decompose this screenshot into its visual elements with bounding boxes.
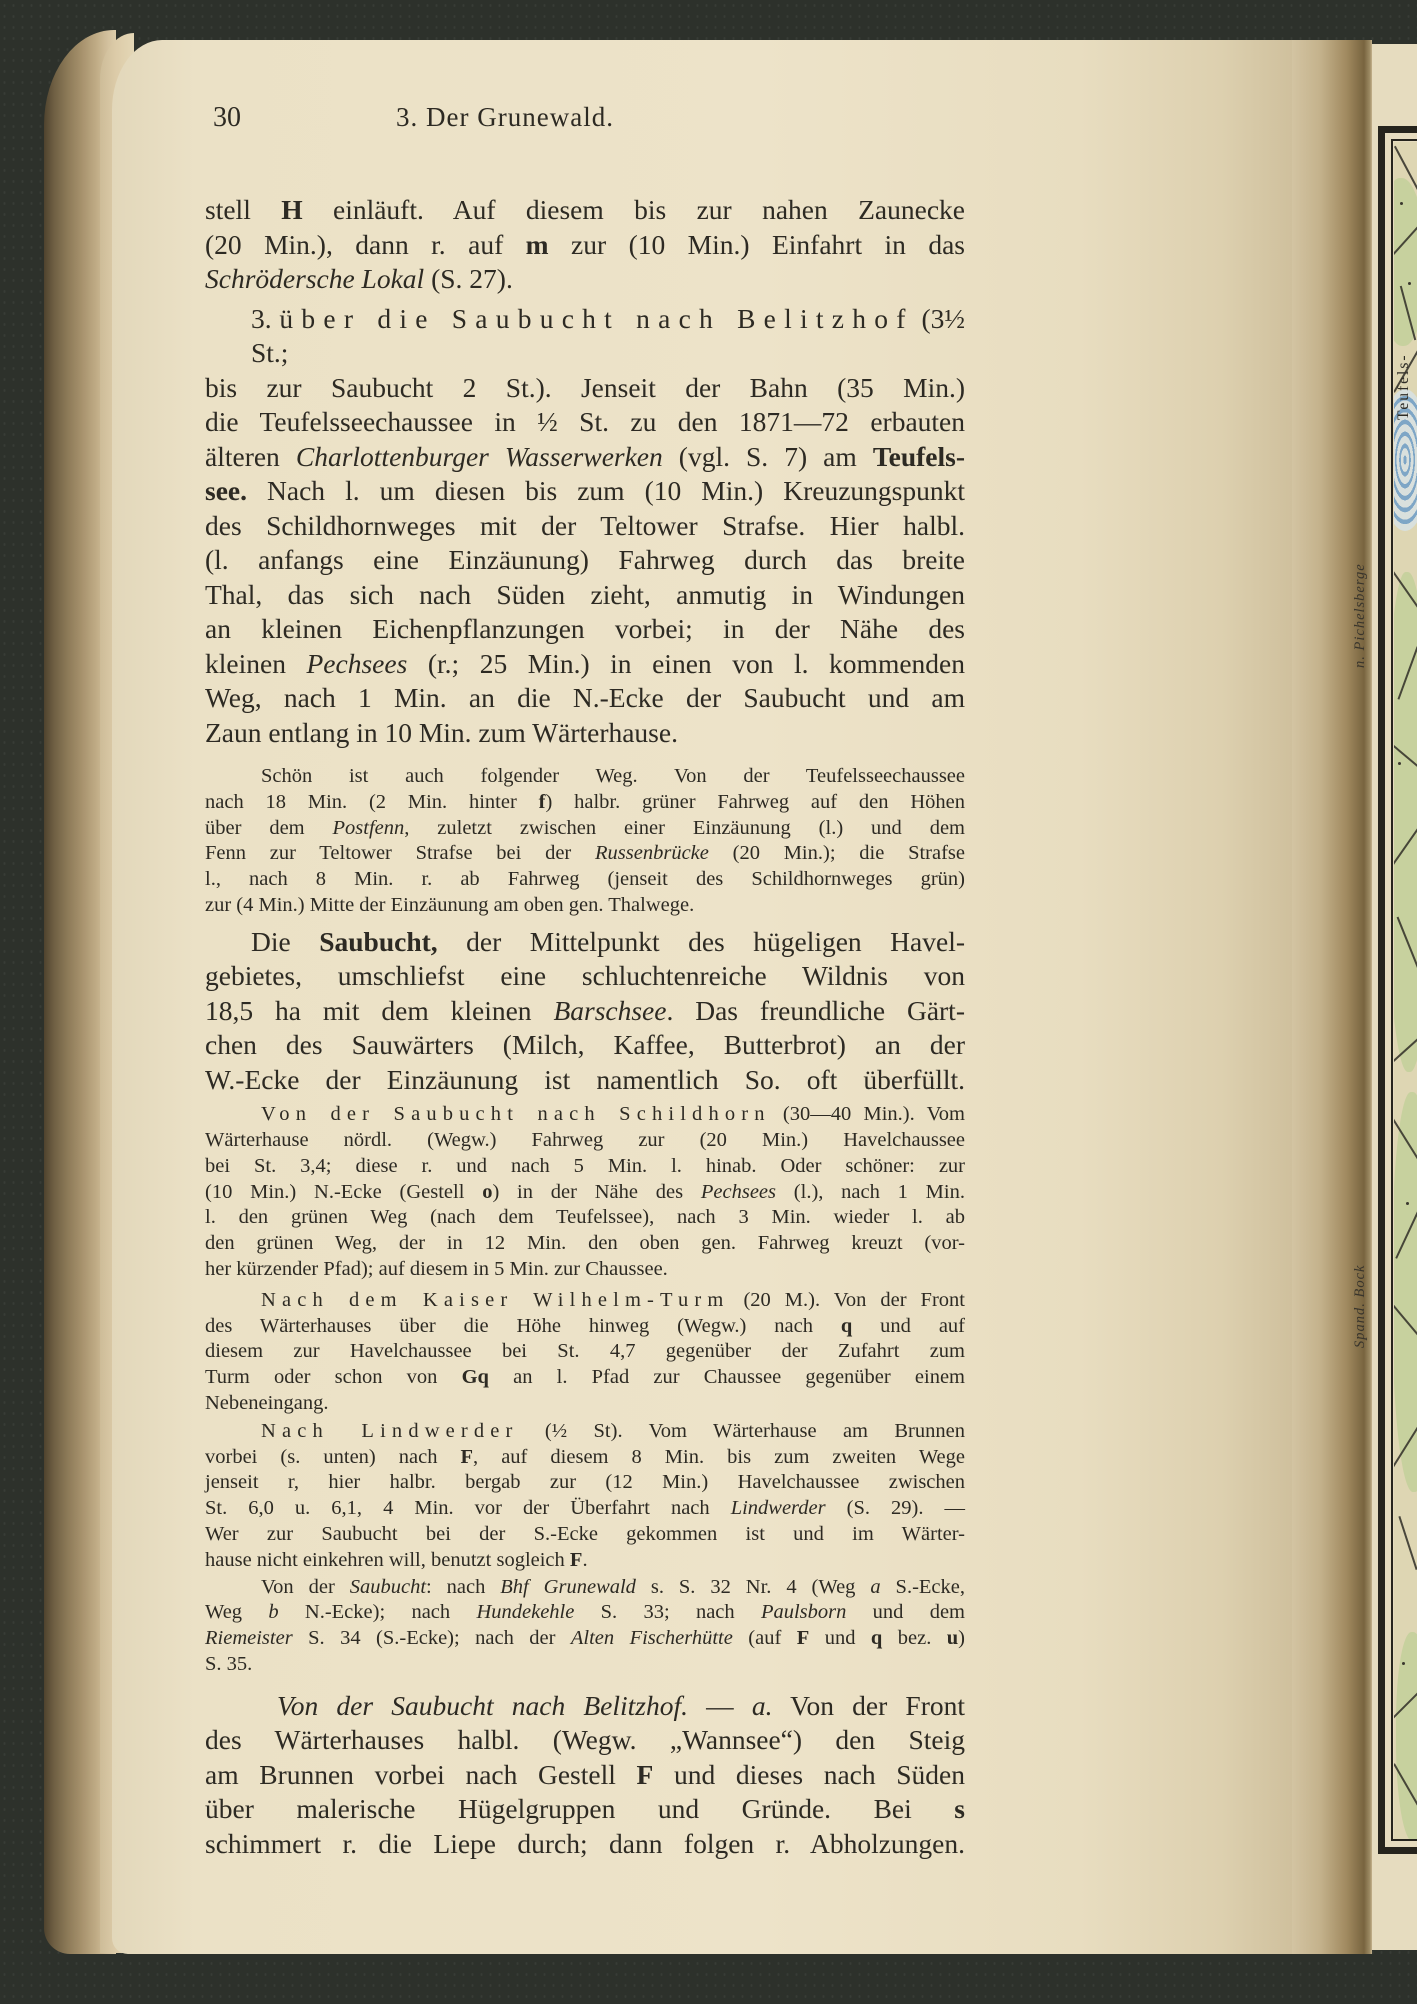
text-line: (10 Min.) N.-Ecke (Gestell o) in der Näh… xyxy=(205,1180,965,1206)
text-line: bei St. 3,4; diese r. und nach 5 Min. l.… xyxy=(205,1154,965,1180)
text-line: Schrödersche Lokal (S. 27). xyxy=(205,262,965,297)
text-line: älteren Charlottenburger Wasserwerken (v… xyxy=(205,440,965,475)
text-line: des Wärterhauses über die Höhe hinweg (W… xyxy=(205,1314,965,1340)
paragraph: stell H einläuft. Auf diesem bis zur nah… xyxy=(205,193,965,297)
text-line: Nach dem Kaiser Wilhelm-Turm (20 M.). Vo… xyxy=(205,1288,965,1314)
text-line: Wer zur Saubucht bei der S.-Ecke gekomme… xyxy=(205,1522,965,1548)
text-line: am Brunnen vorbei nach Gestell F und die… xyxy=(205,1758,965,1793)
text-line: vorbei (s. unten) nach F, auf diesem 8 M… xyxy=(205,1445,965,1471)
paragraph: 3. über die Saubucht nach Belitzhof (3½ … xyxy=(205,302,965,751)
text-line: Weg b N.-Ecke); nach Hundekehle S. 33; n… xyxy=(205,1600,965,1626)
map-dot xyxy=(1406,1202,1409,1205)
text-line: Fenn zur Teltower Strafse bei der Russen… xyxy=(205,841,965,867)
paragraph: Nach dem Kaiser Wilhelm-Turm (20 M.). Vo… xyxy=(205,1288,965,1417)
paragraph: Von der Saubucht nach Belitzhof. — a. Vo… xyxy=(205,1689,965,1862)
paragraph: Schön ist auch folgender Weg. Von der Te… xyxy=(205,764,965,919)
text-line: diesem zur Havelchaussee bei St. 4,7 geg… xyxy=(205,1339,965,1365)
text-line: die Teufelsseechaussee in ½ St. zu den 1… xyxy=(205,405,965,440)
text-column: stell H einläuft. Auf diesem bis zur nah… xyxy=(205,190,965,1861)
map-dot xyxy=(1408,282,1411,285)
text-line: jenseit r, hier halbr. bergab zur (12 Mi… xyxy=(205,1470,965,1496)
text-line: W.-Ecke der Einzäunung ist namentlich So… xyxy=(205,1063,965,1098)
text-line: (l. anfangs eine Einzäunung) Fahrweg dur… xyxy=(205,543,965,578)
text-line: l., nach 8 Min. r. ab Fahrweg (jenseit d… xyxy=(205,867,965,893)
page-number: 30 xyxy=(213,102,241,134)
text-line: Riemeister S. 34 (S.-Ecke); nach der Alt… xyxy=(205,1626,965,1652)
map-forest-patch xyxy=(1394,572,1417,1072)
text-line: hause nicht einkehren will, benutzt sogl… xyxy=(205,1548,965,1574)
map-path-line xyxy=(1398,1516,1417,1570)
text-line: Turm oder schon von Gq an l. Pfad zur Ch… xyxy=(205,1365,965,1391)
text-line: Die Saubucht, der Mittelpunkt des hügeli… xyxy=(205,925,965,960)
paragraph: Die Saubucht, der Mittelpunkt des hügeli… xyxy=(205,925,965,1098)
text-line: Von der Saubucht nach Belitzhof. — a. Vo… xyxy=(205,1689,965,1724)
map-dot xyxy=(1402,1662,1405,1665)
text-line: des Schildhornweges mit der Teltower Str… xyxy=(205,509,965,544)
text-line: see. Nach l. um diesen bis zum (10 Min.)… xyxy=(205,474,965,509)
paragraph: Nach Lindwerder (½ St). Vom Wärterhause … xyxy=(205,1419,965,1574)
text-line: 18,5 ha mit dem kleinen Barschsee. Das f… xyxy=(205,994,965,1029)
text-line: Von der Saubucht nach Schildhorn (30—40 … xyxy=(205,1102,965,1128)
text-line: zur (4 Min.) Mitte der Einzäunung am obe… xyxy=(205,893,965,919)
text-line: Wärterhause nördl. (Wegw.) Fahrweg zur (… xyxy=(205,1128,965,1154)
text-line: stell H einläuft. Auf diesem bis zur nah… xyxy=(205,193,965,228)
book-page: 30 3. Der Grunewald. stell H einläuft. A… xyxy=(112,40,1292,1954)
text-line: Weg, nach 1 Min. an die N.-Ecke der Saub… xyxy=(205,681,965,716)
text-line: nach 18 Min. (2 Min. hinter f) halbr. gr… xyxy=(205,790,965,816)
text-line: Nach Lindwerder (½ St). Vom Wärterhause … xyxy=(205,1419,965,1445)
map-margin-label-pichelsberge: n. Pichelsberge xyxy=(1352,468,1369,668)
map-dot xyxy=(1398,762,1401,765)
scanned-book-photo: 30 3. Der Grunewald. stell H einläuft. A… xyxy=(0,0,1417,2004)
text-line: kleinen Pechsees (r.; 25 Min.) in einen … xyxy=(205,647,965,682)
text-line: des Wärterhauses halbl. (Wegw. „Wannsee“… xyxy=(205,1723,965,1758)
text-line: (20 Min.), dann r. auf m zur (10 Min.) E… xyxy=(205,228,965,263)
text-line: Von der Saubucht: nach Bhf Grunewald s. … xyxy=(205,1575,965,1601)
paragraph: Von der Saubucht: nach Bhf Grunewald s. … xyxy=(205,1575,965,1678)
running-head: 3. Der Grunewald. xyxy=(305,102,705,133)
map-artwork: Teufels- xyxy=(1394,142,1417,1839)
map-dot xyxy=(1400,202,1403,205)
text-line: her kürzender Pfad); auf diesem in 5 Min… xyxy=(205,1257,965,1283)
text-line: chen des Sauwärters (Milch, Kaffee, Butt… xyxy=(205,1028,965,1063)
map-label-teufelssee: Teufels- xyxy=(1395,270,1413,420)
text-line: Schön ist auch folgender Weg. Von der Te… xyxy=(205,764,965,790)
text-line: über dem Postfenn, zuletzt zwischen eine… xyxy=(205,816,965,842)
text-line: Nebeneingang. xyxy=(205,1391,965,1417)
text-line: 3. über die Saubucht nach Belitzhof (3½ … xyxy=(205,302,965,371)
map-margin-label-spandauer-bock: Spand. Bock xyxy=(1352,1188,1369,1348)
text-line: den grünen Weg, der in 12 Min. den oben … xyxy=(205,1231,965,1257)
text-line: S. 35. xyxy=(205,1652,965,1678)
map-forest-patch xyxy=(1396,1632,1417,1839)
text-line: l. den grünen Weg (nach dem Teufelssee),… xyxy=(205,1205,965,1231)
text-line: über malerische Hügelgruppen und Gründe.… xyxy=(205,1792,965,1827)
paragraph: Von der Saubucht nach Schildhorn (30—40 … xyxy=(205,1102,965,1283)
book-gutter xyxy=(1292,40,1372,1954)
text-line: bis zur Saubucht 2 St.). Jenseit der Bah… xyxy=(205,371,965,406)
text-line: schimmert r. die Liepe durch; dann folge… xyxy=(205,1827,965,1862)
text-line: gebietes, umschliefst eine schluchtenrei… xyxy=(205,959,965,994)
text-line: an kleinen Eichenpflanzungen vorbei; in … xyxy=(205,612,965,647)
text-line: St. 6,0 u. 6,1, 4 Min. vor der Überfahrt… xyxy=(205,1496,965,1522)
text-line: Thal, das sich nach Süden zieht, anmutig… xyxy=(205,578,965,613)
text-line: Zaun entlang in 10 Min. zum Wärterhause. xyxy=(205,716,965,751)
